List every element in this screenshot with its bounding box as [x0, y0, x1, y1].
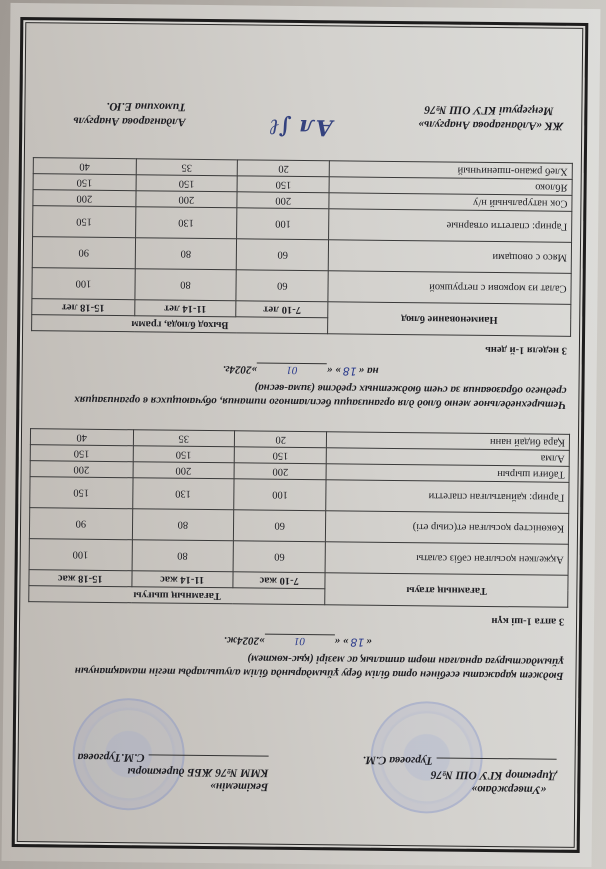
document-page: «Утверждаю» Директор КГУ ОШ №76 Тургоева…: [2, 3, 601, 867]
approval-left-line1: Директор КГУ ОШ №76: [336, 766, 556, 782]
portion-grams: 90: [32, 237, 135, 269]
portion-grams: 100: [237, 208, 330, 240]
portion-grams: 150: [237, 176, 329, 193]
age-col-header: 15-18 жас: [29, 570, 132, 587]
document-content: «Утверждаю» Директор КГУ ОШ №76 Тургоева…: [26, 29, 574, 841]
table-row: Гарнир: спагетти отварные100130150: [33, 206, 572, 243]
date-close: »2024г.: [223, 363, 257, 375]
dish-name: Көкөністер қосылған ет(сиыр еті): [326, 511, 569, 545]
handwritten-signature: Ал ∫ℓ: [269, 119, 333, 135]
date-open: «: [366, 636, 372, 648]
portion-grams: 150: [234, 447, 327, 464]
signer-right-line1: Алданғарова Анаргуль: [73, 113, 186, 129]
approval-right-line1: КММ №76 ЖББ директоры: [38, 763, 268, 779]
portion-grams: 150: [33, 206, 136, 238]
approval-left: «Утверждаю» Директор КГУ ОШ №76 Тургоева…: [336, 752, 556, 796]
dish-name: Қара бидай нанн: [327, 432, 570, 451]
portion-grams: 200: [237, 192, 329, 209]
date-mid: » «: [327, 364, 341, 376]
approvals-block: «Утверждаю» Директор КГУ ОШ №76 Тургоева…: [26, 691, 567, 797]
approval-right-heading: Бекітемін»: [38, 777, 268, 793]
portion-grams: 60: [233, 510, 326, 542]
portion-grams: 80: [132, 540, 234, 572]
date-close: »2024ж.: [224, 634, 265, 646]
dish-name: Ақжелкен қосылған сәбіз салаты: [326, 542, 569, 576]
dish-name: Мясо с овощами: [329, 240, 572, 274]
date-day: 18: [341, 364, 359, 377]
age-col-header: 15-18 лет: [32, 299, 135, 316]
kazakh-date: «18» «01»2024ж.: [28, 631, 568, 651]
signer-right-line2: Тимохина Е.Ю.: [73, 98, 186, 114]
portion-grams: 130: [135, 207, 237, 239]
table-row: Гарнир: қайнатылған спагетти100130150: [30, 477, 569, 514]
dish-name: Алма: [327, 448, 570, 467]
age-col-header: 11-14 жас: [131, 571, 233, 588]
col-name-header: Тағамның атауы: [325, 573, 568, 608]
signer-right: Алданғарова Анаргуль Тимохина Е.Ю.: [73, 98, 186, 129]
portion-grams: 80: [132, 509, 234, 541]
approval-right-name: С.М.Тургоева: [78, 751, 145, 764]
portion-grams: 35: [133, 430, 235, 447]
portion-grams: 150: [133, 446, 235, 463]
dish-name: Гарнир: спагетти отварные: [329, 209, 572, 243]
kazakh-menu-title: Бюджет қаражаты есебінен орта білім беру…: [31, 649, 563, 683]
portion-grams: 80: [135, 269, 237, 301]
portion-grams: 40: [30, 429, 133, 446]
approval-left-heading: «Утверждаю»: [336, 780, 556, 796]
table-row: Салат из моркови с петрушкой6080100: [32, 268, 571, 305]
date-month: 01: [265, 634, 335, 648]
approval-left-name-row: Тургоева С.М.: [337, 752, 557, 768]
age-col-header: 11-14 лет: [134, 300, 236, 317]
dish-name: Хлеб ржано-пшеничный: [330, 161, 573, 180]
portion-grams: 130: [132, 478, 234, 510]
col-name-header: Наименование блюд: [328, 302, 571, 337]
approval-left-name: Тургоева С.М.: [363, 754, 433, 767]
signer-left: ЖК «Алданғарова Анаргуль» Меңгеруші КГУ …: [418, 101, 563, 133]
age-col-header: 7-10 лет: [236, 301, 328, 318]
portion-grams: 200: [133, 462, 235, 479]
dish-name: Гарнир: қайнатылған спагетти: [326, 480, 569, 514]
portion-grams: 150: [136, 175, 238, 192]
date-mid: » «: [335, 635, 349, 647]
kazakh-menu-table: Тағамның атауы Тағамның шығуы 7-10 жас 1…: [28, 428, 570, 608]
portion-grams: 150: [30, 477, 133, 509]
dish-name: Сок натуральный н/у: [329, 193, 572, 212]
portion-grams: 200: [30, 461, 133, 478]
kazakh-week-day: 3 апта 1-ші күн: [32, 610, 564, 627]
date-month: 01: [257, 363, 327, 377]
approval-right: Бекітемін» КММ №76 ЖББ директоры С.М.Тур…: [38, 749, 268, 793]
signer-left-line2: Меңгеруші КГУ ОШ №76: [418, 101, 563, 118]
dish-name: Табиғи шырын: [326, 464, 569, 483]
signers-block: ЖК «Алданғарова Анаргуль» Меңгеруші КГУ …: [33, 71, 574, 137]
russian-date: на «18» «01»2024г.: [31, 360, 571, 380]
portion-grams: 40: [33, 158, 136, 175]
portion-grams: 200: [33, 190, 136, 207]
portion-grams: 150: [30, 445, 133, 462]
signature-line: [149, 754, 269, 756]
portion-grams: 90: [29, 508, 132, 540]
portion-grams: 100: [234, 479, 327, 511]
portion-grams: 80: [135, 238, 237, 270]
portion-grams: 20: [237, 160, 329, 177]
group-header: Выход блюда, грамм: [32, 315, 329, 334]
portion-grams: 100: [32, 268, 135, 300]
age-col-header: 7-10 жас: [233, 572, 326, 589]
dish-name: Салат из моркови с петрушкой: [328, 271, 571, 305]
date-open: на «: [359, 365, 379, 377]
russian-week-day: 3 неделя 1-й день: [35, 339, 567, 356]
portion-grams: 200: [234, 463, 327, 480]
portion-grams: 60: [236, 239, 329, 271]
portion-grams: 100: [29, 539, 132, 571]
portion-grams: 200: [136, 191, 238, 208]
photo-background: «Утверждаю» Директор КГУ ОШ №76 Тургоева…: [0, 0, 606, 869]
table-row: Мясо с овощами608090: [32, 237, 571, 274]
portion-grams: 150: [33, 174, 136, 191]
portion-grams: 35: [136, 159, 238, 176]
russian-menu-table: Наименование блюд Выход блюда, грамм 7-1…: [31, 157, 573, 337]
russian-menu-title: Четырехнедельное меню блюд для организац…: [34, 378, 566, 412]
signer-left-line1: ЖК «Алданғарова Анаргуль»: [418, 116, 563, 133]
table-row: Көкөністер қосылған ет(сиыр еті)608090: [29, 508, 568, 545]
group-header: Тағамның шығуы: [29, 586, 326, 605]
dish-name: Яблоко: [329, 177, 572, 196]
approval-right-name-row: С.М.Тургоева: [39, 749, 269, 765]
portion-grams: 60: [233, 541, 326, 573]
signature-line: [437, 757, 557, 759]
date-day: 18: [348, 636, 366, 649]
table-row: Ақжелкен қосылған сәбіз салаты6080100: [29, 539, 568, 576]
portion-grams: 20: [234, 431, 327, 448]
portion-grams: 60: [236, 270, 329, 302]
